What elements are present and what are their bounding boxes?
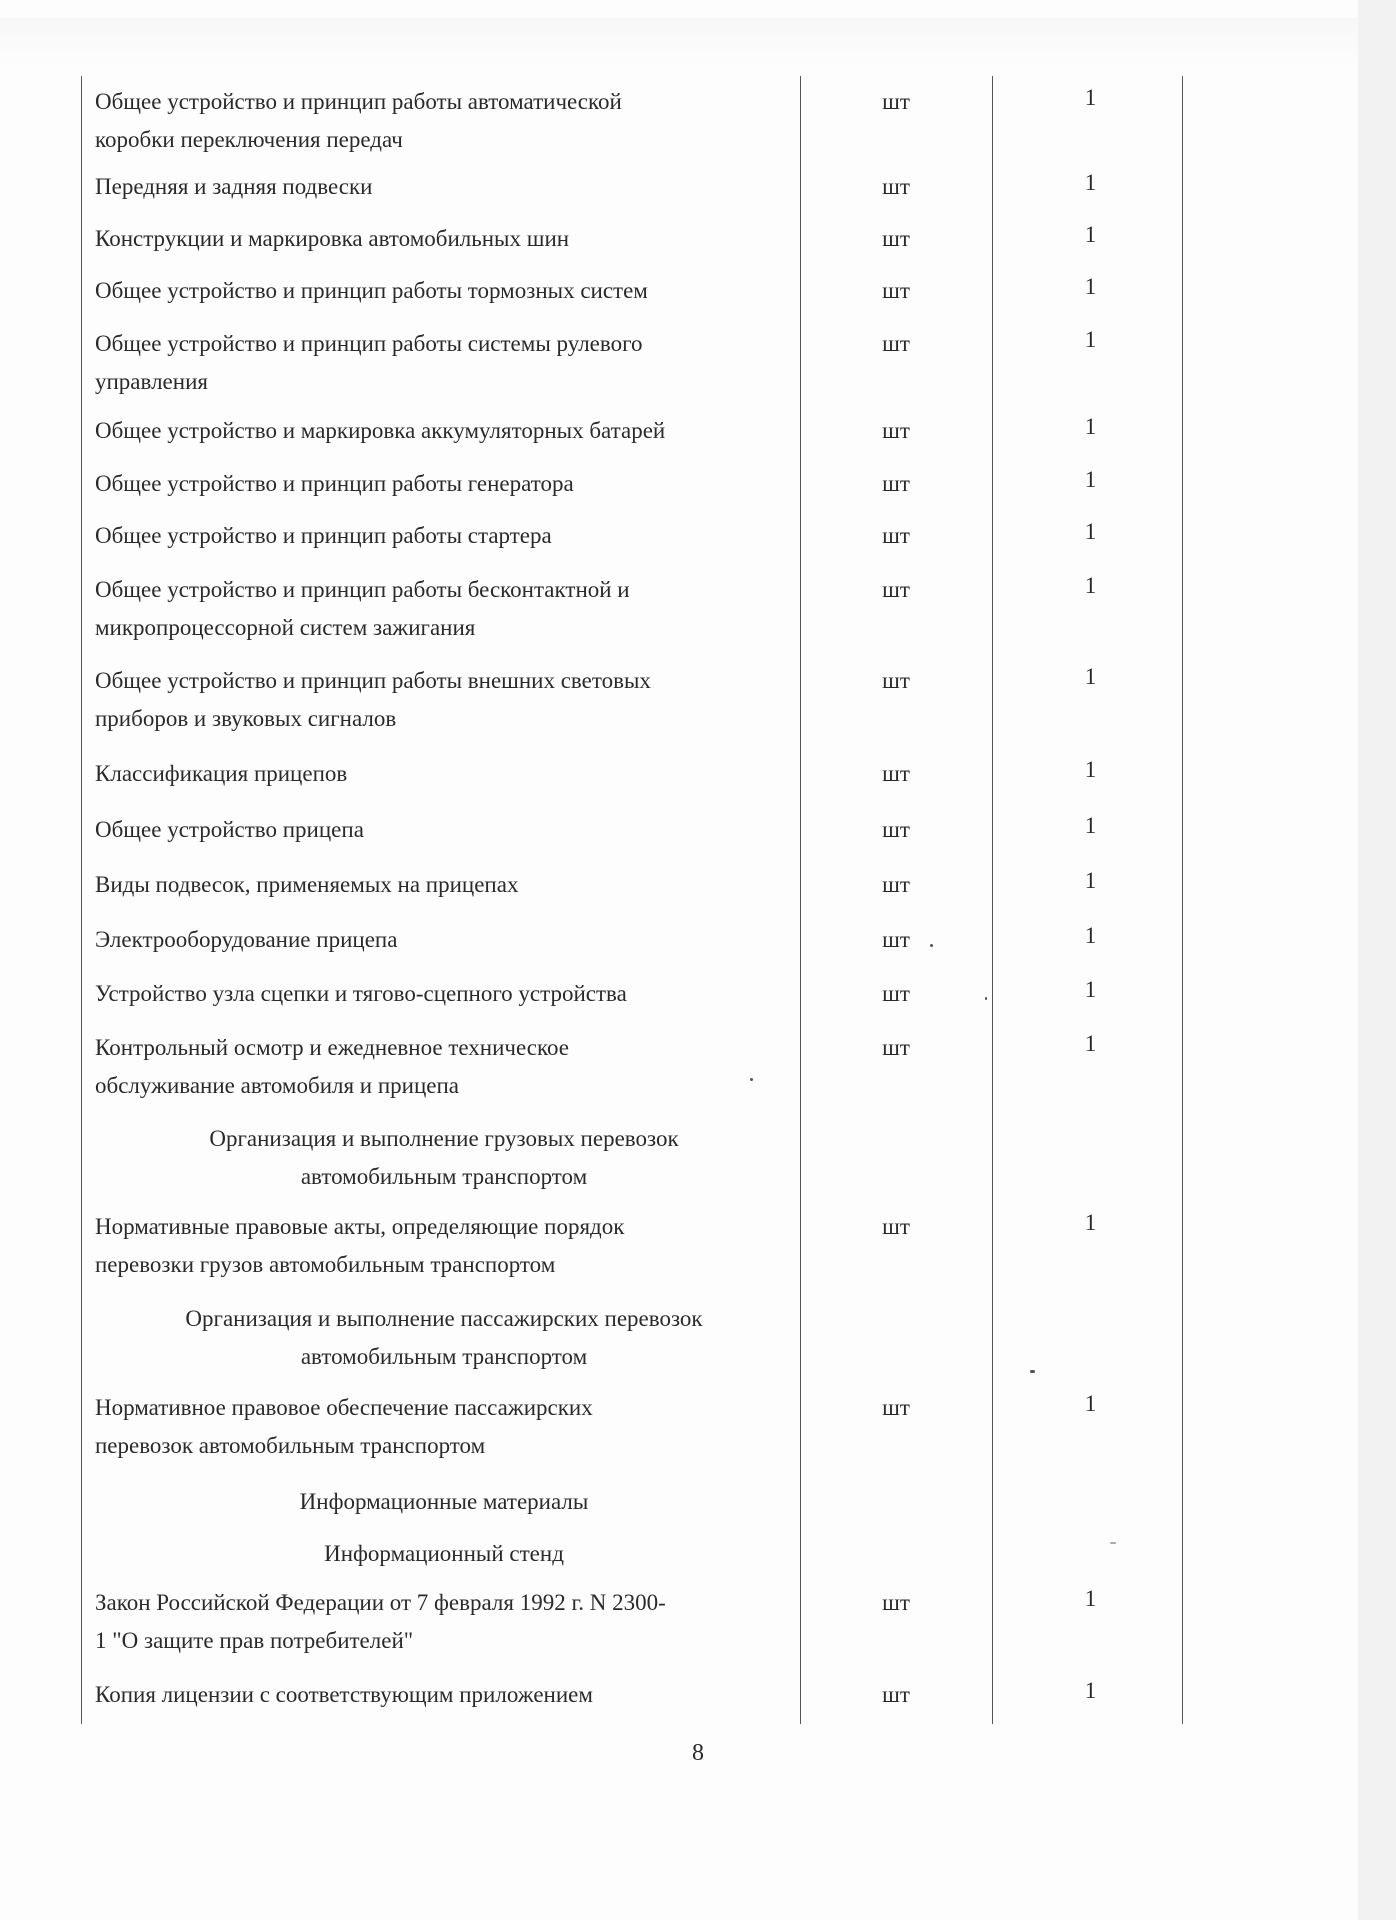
item-quantity: 1 <box>992 1580 1189 1618</box>
item-quantity: 1 <box>992 268 1189 306</box>
item-name: Передняя и задняя подвески <box>95 168 372 206</box>
item-unit: шт <box>800 866 992 904</box>
item-name: Общее устройство и принцип работы систем… <box>95 325 642 363</box>
item-name: Общее устройство и принцип работы тормоз… <box>95 272 648 310</box>
item-unit: шт <box>800 1208 992 1246</box>
item-name: Конструкции и маркировка автомобильных ш… <box>95 220 569 258</box>
item-name: Виды подвесок, применяемых на прицепах <box>95 866 518 904</box>
scan-speck <box>1110 1542 1116 1544</box>
item-name: Общее устройство и принцип работы автома… <box>95 83 622 121</box>
item-quantity: 1 <box>992 408 1189 446</box>
item-quantity: 1 <box>992 1672 1189 1710</box>
section-heading: Информационные материалы <box>88 1483 800 1521</box>
page-number: 8 <box>0 1737 1396 1769</box>
item-name: Электрооборудование прицепа <box>95 921 397 959</box>
item-name: Закон Российской Федерации от 7 февраля … <box>95 1584 666 1622</box>
item-unit: шт <box>800 1029 992 1067</box>
item-name: Общее устройство и принцип работы внешни… <box>95 662 651 700</box>
item-name: обслуживание автомобиля и прицепа <box>95 1067 459 1105</box>
scan-speck <box>750 1078 753 1081</box>
scan-speck <box>930 944 933 947</box>
item-name: микропроцессорной систем зажигания <box>95 609 475 647</box>
item-name: перевозки грузов автомобильным транспорт… <box>95 1246 555 1284</box>
item-unit: шт <box>800 662 992 700</box>
item-unit: шт <box>800 811 992 849</box>
item-name: Общее устройство и принцип работы бескон… <box>95 571 630 609</box>
item-unit: шт <box>800 325 992 363</box>
item-quantity: 1 <box>992 164 1189 202</box>
table-border-left <box>81 76 82 1724</box>
item-quantity: 1 <box>992 807 1189 845</box>
item-name: Устройство узла сцепки и тягово-сцепного… <box>95 975 627 1013</box>
item-quantity: 1 <box>992 216 1189 254</box>
section-heading: автомобильным транспортом <box>88 1158 800 1196</box>
item-unit: шт <box>800 1389 992 1427</box>
item-quantity: 1 <box>992 513 1189 551</box>
item-quantity: 1 <box>992 971 1189 1009</box>
item-name: 1 "О защите прав потребителей" <box>95 1622 413 1660</box>
item-unit: шт <box>800 1584 992 1622</box>
item-quantity: 1 <box>992 567 1189 605</box>
item-quantity: 1 <box>992 321 1189 359</box>
item-name: Нормативное правовое обеспечение пассажи… <box>95 1389 593 1427</box>
item-unit: шт <box>800 921 992 959</box>
item-unit: шт <box>800 272 992 310</box>
item-unit: шт <box>800 220 992 258</box>
section-heading: автомобильным транспортом <box>88 1338 800 1376</box>
item-name: Общее устройство прицепа <box>95 811 364 849</box>
item-name: Общее устройство и принцип работы старте… <box>95 517 552 555</box>
item-name: Классификация прицепов <box>95 755 347 793</box>
item-name: Общее устройство и маркировка аккумулято… <box>95 412 665 450</box>
item-quantity: 1 <box>992 658 1189 696</box>
item-quantity: 1 <box>992 917 1189 955</box>
item-name: Нормативные правовые акты, определяющие … <box>95 1208 624 1246</box>
item-name: Копия лицензии с соответствующим приложе… <box>95 1676 593 1714</box>
item-name: перевозок автомобильным транспортом <box>95 1427 485 1465</box>
item-unit: шт <box>800 975 992 1013</box>
item-quantity: 1 <box>992 1204 1189 1242</box>
scan-shading <box>0 18 1358 68</box>
item-quantity: 1 <box>992 461 1189 499</box>
item-unit: шт <box>800 465 992 503</box>
section-heading: Организация и выполнение грузовых перево… <box>88 1120 800 1158</box>
item-unit: шт <box>800 1676 992 1714</box>
item-name: приборов и звуковых сигналов <box>95 700 396 738</box>
scan-speck <box>1030 1370 1035 1373</box>
item-name: Общее устройство и принцип работы генера… <box>95 465 574 503</box>
item-quantity: 1 <box>992 1025 1189 1063</box>
section-heading: Информационный стенд <box>88 1535 800 1573</box>
item-unit: шт <box>800 412 992 450</box>
item-unit: шт <box>800 83 992 121</box>
item-name: коробки переключения передач <box>95 121 403 159</box>
item-name: управления <box>95 363 208 401</box>
item-quantity: 1 <box>992 862 1189 900</box>
item-unit: шт <box>800 168 992 206</box>
item-name: Контрольный осмотр и ежедневное техничес… <box>95 1029 569 1067</box>
scan-speck <box>985 997 987 1000</box>
section-heading: Организация и выполнение пассажирских пе… <box>88 1300 800 1338</box>
item-quantity: 1 <box>992 751 1189 789</box>
item-unit: шт <box>800 571 992 609</box>
scan-paper-edge <box>1358 0 1396 1920</box>
item-unit: шт <box>800 517 992 555</box>
item-unit: шт <box>800 755 992 793</box>
item-quantity: 1 <box>992 1385 1189 1423</box>
item-quantity: 1 <box>992 79 1189 117</box>
